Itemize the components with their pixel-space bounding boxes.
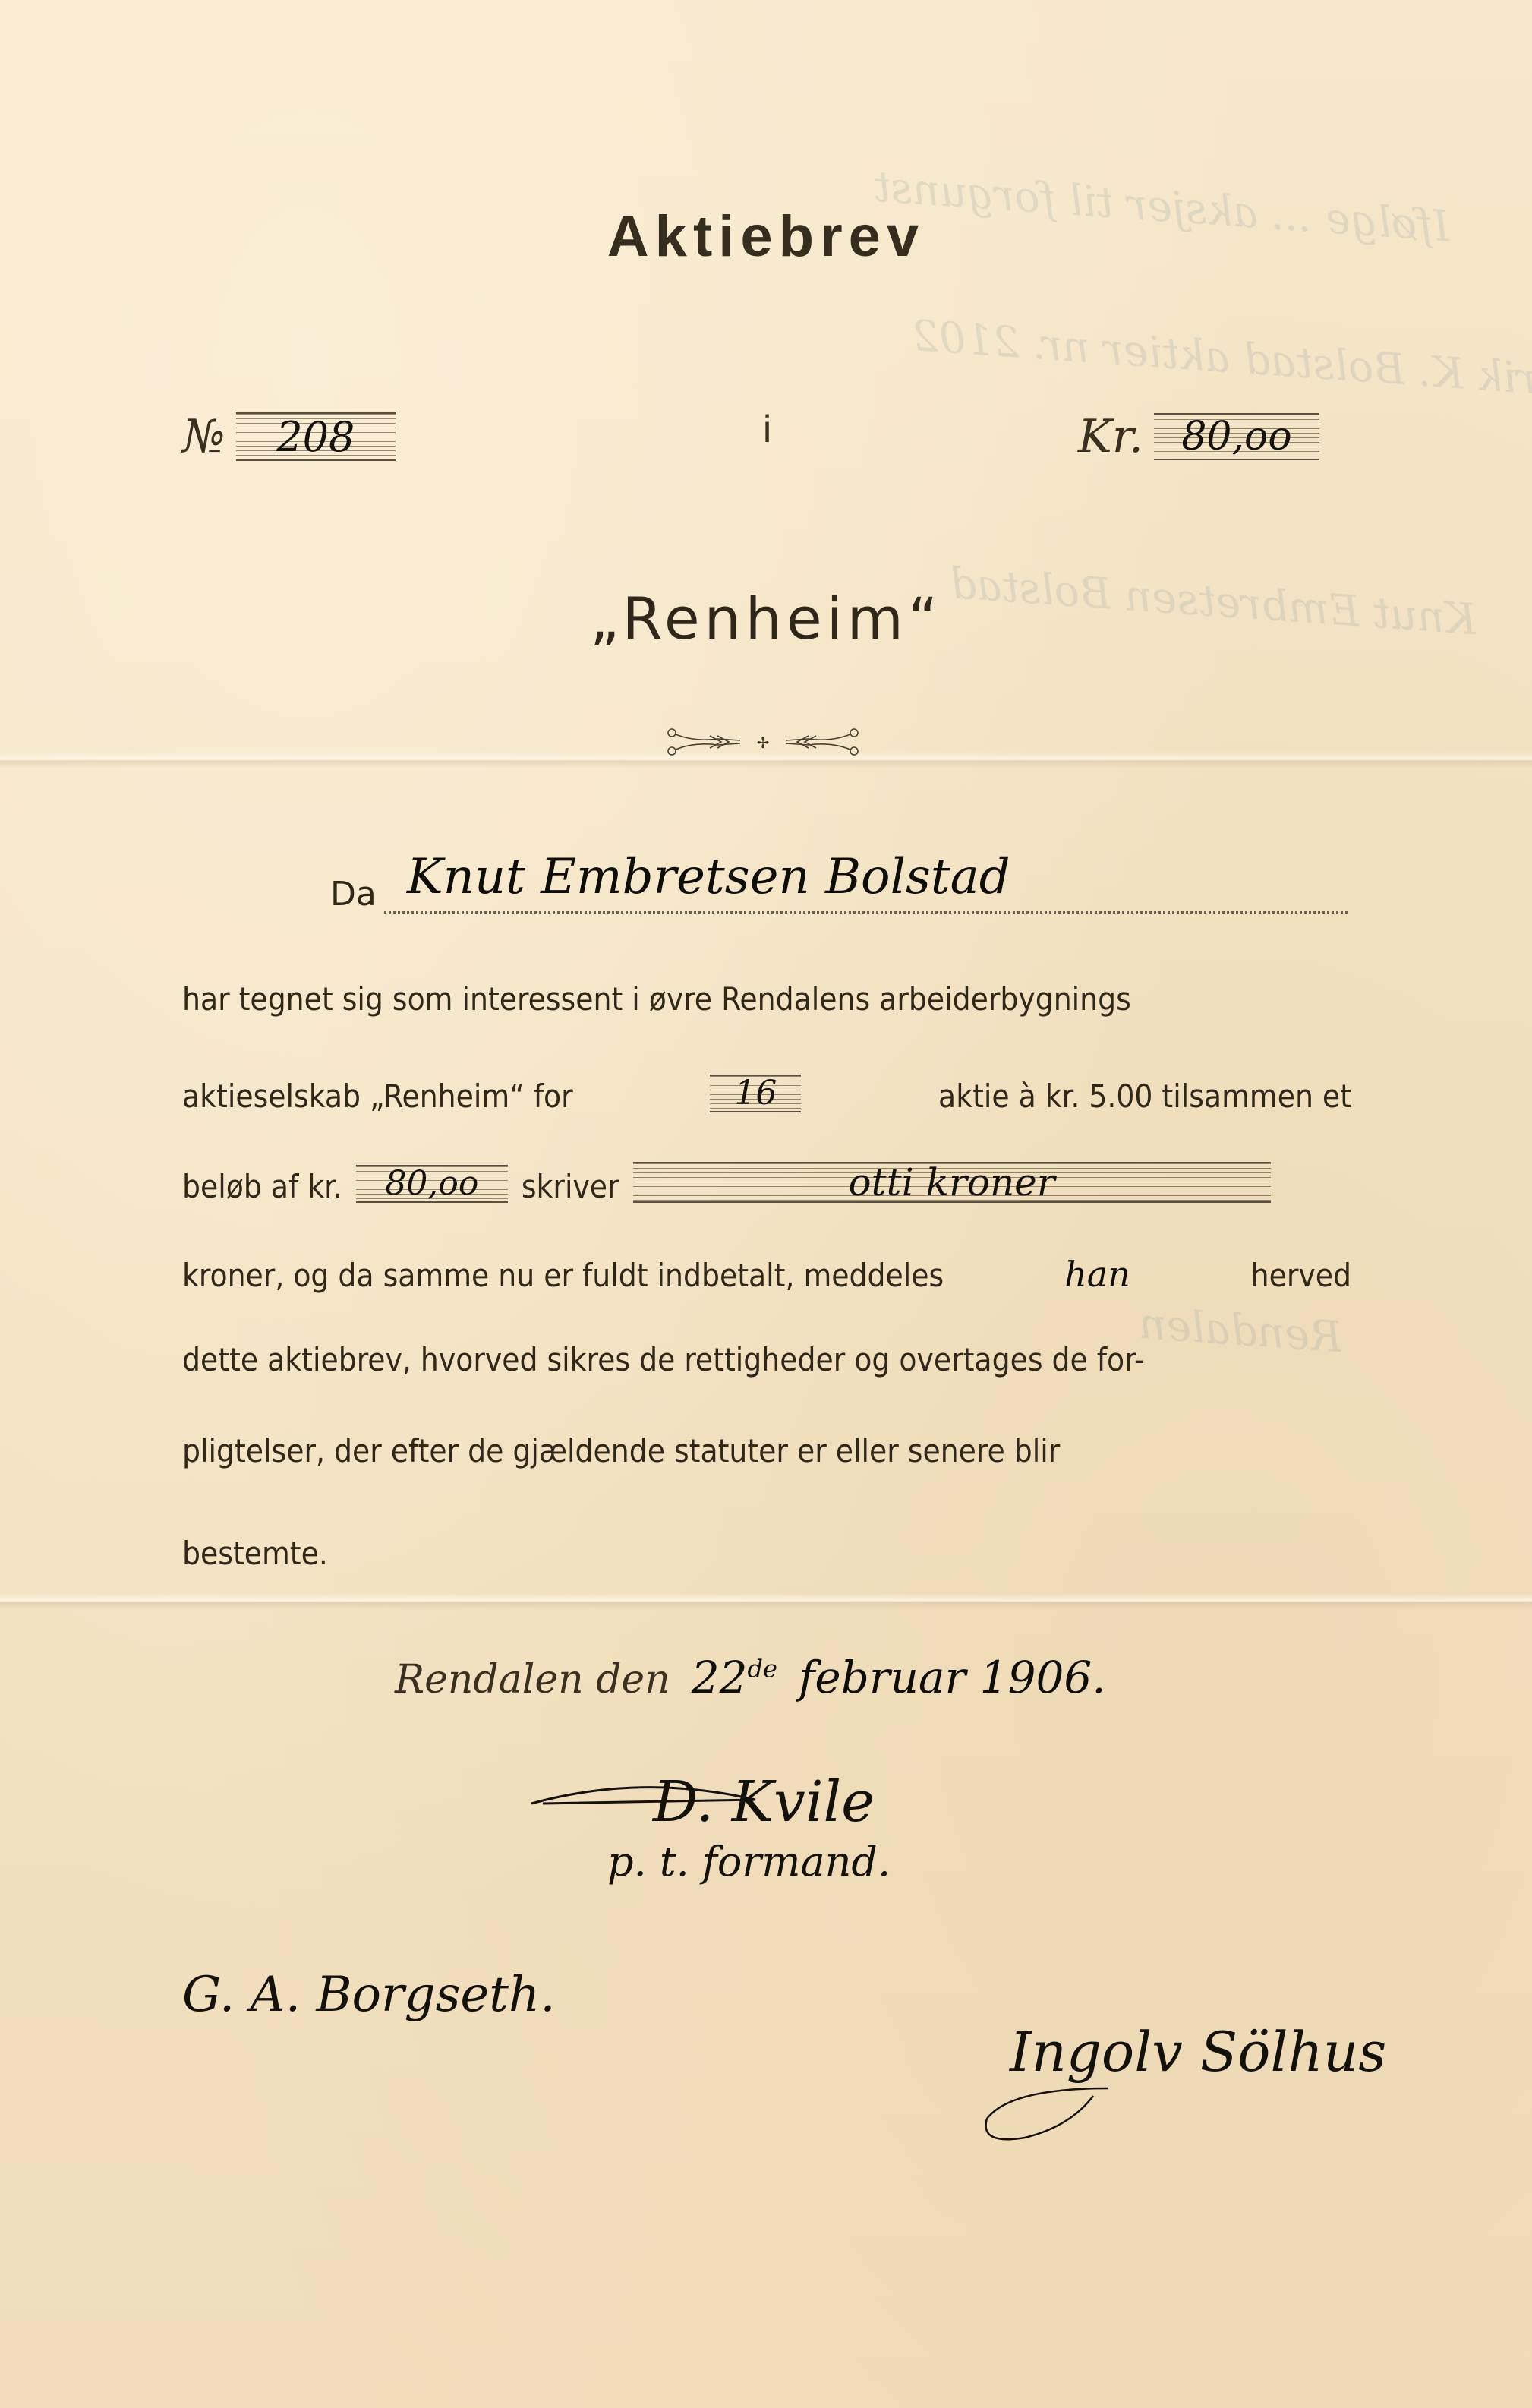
day-value: 22: [692, 1652, 748, 1703]
fold-line-lower: [0, 1593, 1532, 1610]
body-line-5: dette aktiebrev, hvorved sikres de retti…: [182, 1344, 1351, 1376]
shareholder-line: Da Knut Embretsen Bolstad: [330, 866, 1348, 914]
amount-label: Kr.: [1078, 410, 1143, 463]
signature-chair-title: p. t. formand.: [607, 1838, 891, 1886]
total-amount-field: 80,oo: [356, 1165, 508, 1203]
number-label: №: [182, 410, 225, 463]
date-place: Rendalen den: [395, 1657, 670, 1703]
body-line-3-start: beløb af kr.: [182, 1171, 342, 1203]
company-name: „Renheim“: [0, 585, 1532, 652]
total-amount: 80,oo: [385, 1167, 478, 1201]
body-line-2: aktieselskab „Renheim“ for 16 aktie à kr…: [182, 1075, 1351, 1112]
day-suffix: de: [748, 1655, 777, 1684]
body-line-2-end: aktie à kr. 5.00 tilsammen et: [938, 1081, 1351, 1112]
shares-count-field: 16: [710, 1075, 801, 1112]
amount-row: Kr. 80,oo: [1078, 410, 1319, 463]
body-line-7: bestemte.: [182, 1538, 1351, 1570]
body-line-4: kroner, og da samme nu er fuldt indbetal…: [182, 1257, 1351, 1292]
body-line-1: har tegnet sig som interessent i øvre Re…: [182, 983, 1351, 1015]
amount-in-words: otti kroner: [848, 1163, 1054, 1201]
date-month-year: februar 1906.: [799, 1652, 1106, 1703]
number-field: 208: [236, 412, 396, 461]
signature-second: G. A. Borgseth.: [182, 1967, 556, 2023]
date-day: 22de: [692, 1652, 777, 1703]
number-value: 208: [276, 413, 355, 461]
shares-count: 16: [734, 1077, 777, 1110]
body-line-4-end: herved: [1251, 1260, 1351, 1292]
signature-third: Ingolv Sölhus: [1010, 2020, 1386, 2084]
middle-character: i: [763, 407, 771, 451]
ornament-divider-icon: ✢: [664, 725, 862, 759]
body-line-3-mid: skriver: [522, 1171, 619, 1203]
certificate-number-row: № 208: [182, 410, 396, 463]
body-line-6: pligtelser, der efter de gjældende statu…: [182, 1435, 1351, 1467]
amount-value: 80,oo: [1181, 414, 1291, 459]
shareholder-name-field: Knut Embretsen Bolstad: [384, 866, 1348, 914]
document-title: Aktiebrev: [0, 204, 1532, 270]
amount-in-words-field: otti kroner: [633, 1162, 1271, 1203]
body-line-3: beløb af kr. 80,oo skriver otti kroner: [182, 1162, 1351, 1203]
shareholder-name: Knut Embretsen Bolstad: [407, 849, 1010, 905]
pronoun-handwritten: han: [1064, 1257, 1130, 1292]
date-line: Rendalen den 22de februar 1906.: [395, 1652, 1106, 1703]
body-line-4-start: kroner, og da samme nu er fuldt indbetal…: [182, 1260, 944, 1292]
signature-flourish-icon: [979, 2081, 1131, 2149]
intro-label: Da: [330, 875, 377, 914]
svg-text:✢: ✢: [757, 734, 770, 752]
body-line-2-start: aktieselskab „Renheim“ for: [182, 1081, 573, 1112]
amount-field: 80,oo: [1154, 413, 1319, 460]
signature-flourish-icon: [528, 1769, 778, 1815]
